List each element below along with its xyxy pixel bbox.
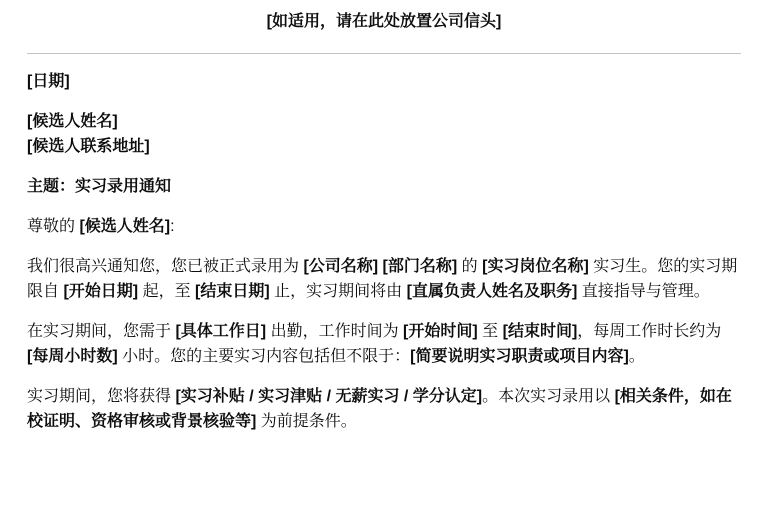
recipient-address: [候选人联系地址]: [27, 138, 150, 155]
placeholder-bold-run: [具体工作日]: [175, 323, 266, 340]
placeholder-bold-run: [候选人姓名]: [79, 218, 170, 235]
text-run: 至: [478, 323, 503, 340]
text-run: 。本次实习录用以: [482, 388, 614, 405]
recipient-name: [候选人姓名]: [27, 113, 118, 130]
text-run: 的: [457, 258, 482, 275]
placeholder-bold-run: [每周小时数]: [27, 348, 118, 365]
placeholder-bold-run: [公司名称] [部门名称]: [303, 258, 457, 275]
text-run: 小时。您的主要实习内容包括但不限于：: [118, 348, 410, 365]
subject-line: 主题：实习录用通知: [27, 174, 741, 199]
placeholder-bold-run: [实习补贴 / 实习津贴 / 无薪实习 / 学分认定]: [175, 388, 482, 405]
text-run: 起，至: [138, 283, 195, 300]
text-run: :: [170, 218, 174, 235]
placeholder-bold-run: [开始时间]: [403, 323, 478, 340]
paragraph-schedule: 在实习期间，您需于 [具体工作日] 出勤，工作时间为 [开始时间] 至 [结束时…: [27, 319, 741, 369]
text-run: 实习期间，您将获得: [27, 388, 175, 405]
placeholder-bold-run: [简要说明实习职责或项目内容]: [410, 348, 629, 365]
text-run: ，每周工作时长约为: [577, 323, 721, 340]
text-run: 直接指导与管理。: [577, 283, 709, 300]
text-run: 。: [629, 348, 645, 365]
placeholder-bold-run: [结束时间]: [503, 323, 578, 340]
document-page: [如适用，请在此处放置公司信头] [日期] [候选人姓名] [候选人联系地址] …: [0, 9, 768, 455]
section-divider: [27, 53, 741, 54]
text-run: 为前提条件。: [256, 413, 356, 430]
text-run: 止，实习期间将由: [270, 283, 407, 300]
text-run: 我们很高兴通知您，您已被正式录用为: [27, 258, 303, 275]
date-placeholder: [日期]: [27, 69, 741, 94]
paragraph-offer: 我们很高兴通知您，您已被正式录用为 [公司名称] [部门名称] 的 [实习岗位名…: [27, 254, 741, 304]
greeting-line: 尊敬的 [候选人姓名]:: [27, 214, 741, 239]
placeholder-bold-run: [直属负责人姓名及职务]: [407, 283, 578, 300]
placeholder-bold-run: [结束日期]: [195, 283, 270, 300]
text-run: 出勤，工作时间为: [266, 323, 403, 340]
recipient-block: [候选人姓名] [候选人联系地址]: [27, 109, 741, 159]
letterhead-placeholder: [如适用，请在此处放置公司信头]: [27, 9, 741, 34]
paragraph-compensation: 实习期间，您将获得 [实习补贴 / 实习津贴 / 无薪实习 / 学分认定]。本次…: [27, 384, 741, 434]
text-run: 在实习期间，您需于: [27, 323, 175, 340]
placeholder-bold-run: [实习岗位名称]: [482, 258, 589, 275]
text-run: 尊敬的: [27, 218, 79, 235]
placeholder-bold-run: [开始日期]: [63, 283, 138, 300]
